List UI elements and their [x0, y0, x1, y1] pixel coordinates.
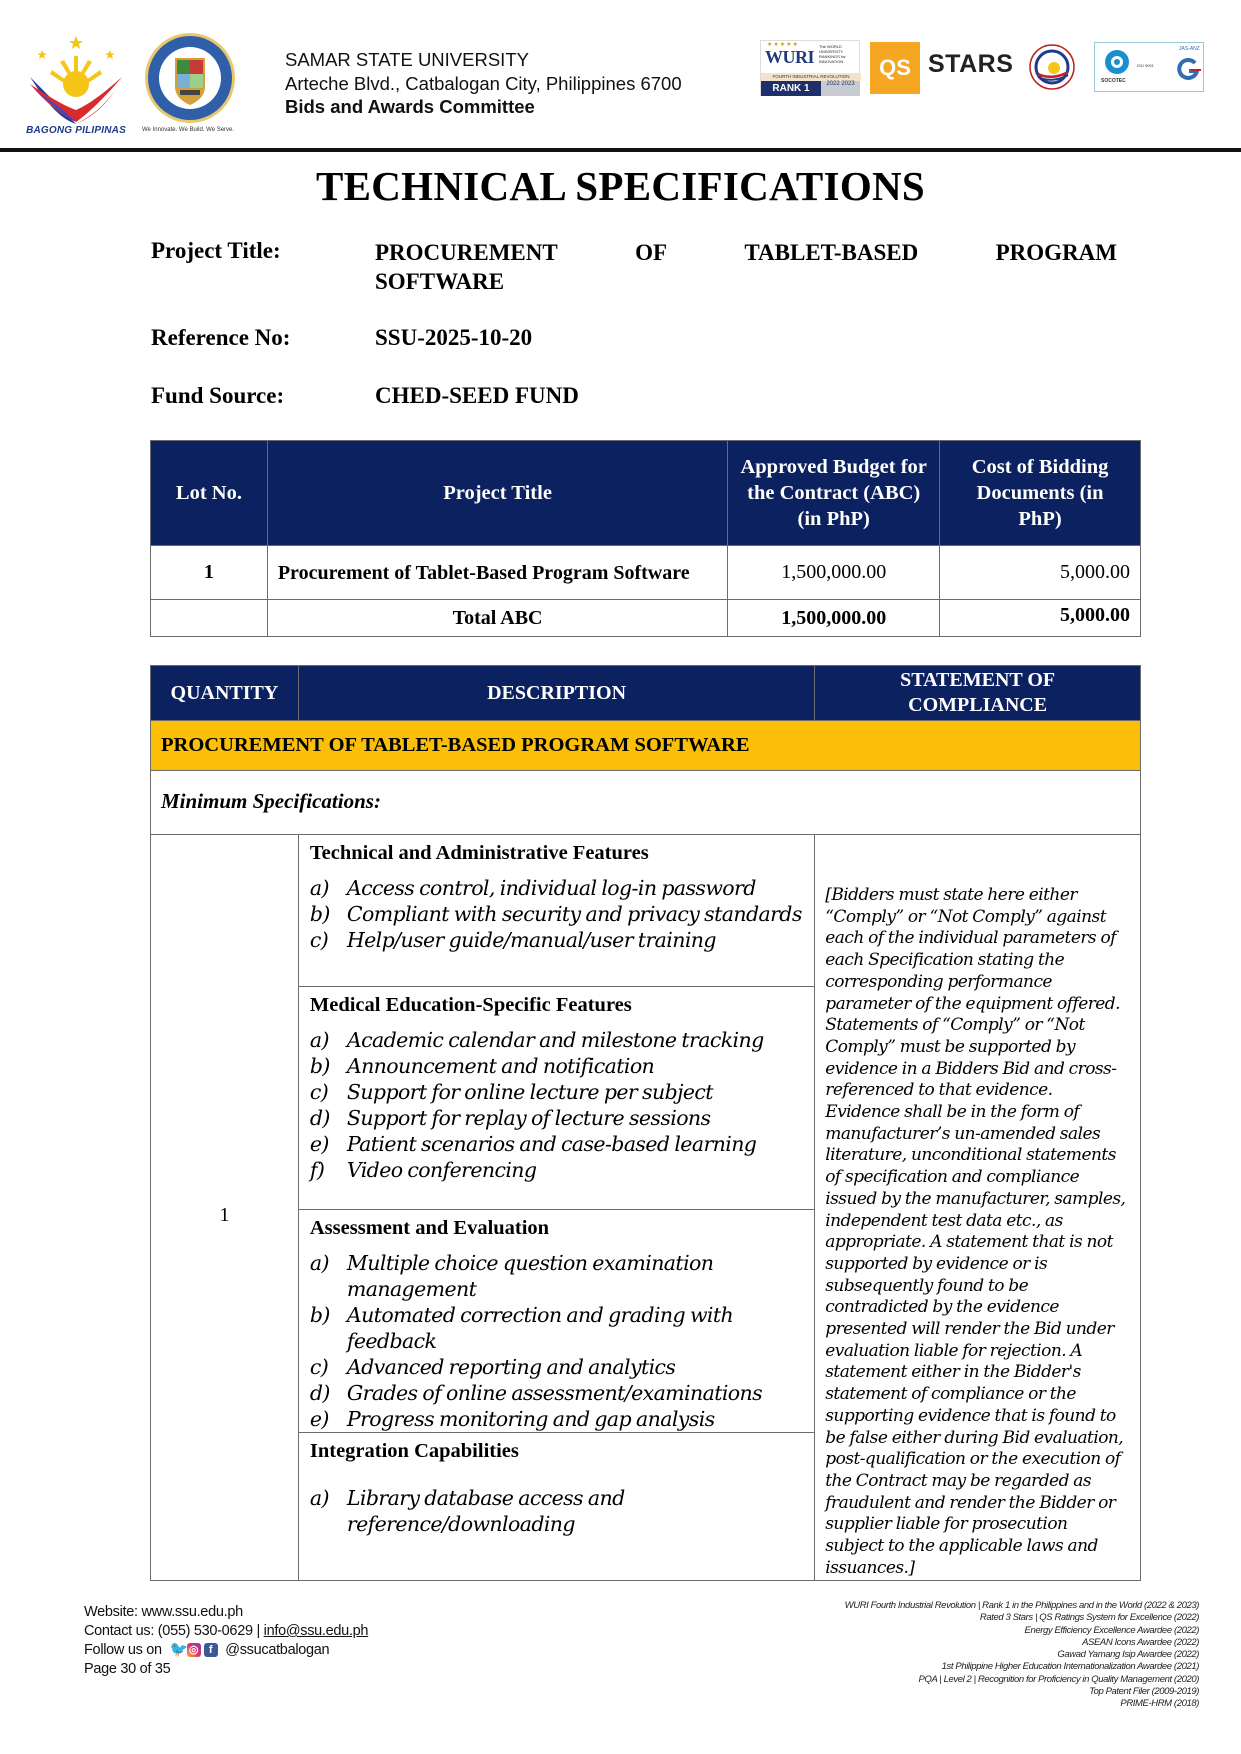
specifications-table: QUANTITY DESCRIPTION STATEMENT OF COMPLI… [150, 665, 1141, 1581]
university-address: Arteche Blvd., Catbalogan City, Philippi… [285, 72, 682, 96]
footer-email-link[interactable]: info@ssu.edu.ph [264, 1623, 369, 1639]
feature-item: e)Patient scenarios and case-based learn… [310, 1131, 804, 1157]
lot-project-title: Procurement of Tablet-Based Program Soft… [267, 546, 727, 600]
feature-item-marker: a) [310, 1485, 329, 1511]
project-title-label: Project Title: [151, 238, 281, 264]
feature-item-text: Help/user guide/manual/user training [347, 928, 716, 952]
university-name: SAMAR STATE UNIVERSITY [285, 48, 682, 72]
award-line: Gawad Yamang Isip Awardee (2022) [845, 1649, 1199, 1661]
follow-us-label: Follow us on [84, 1642, 162, 1658]
header-abc: Approved Budget for the Contract (ABC) (… [728, 441, 940, 546]
feature-item-marker: f) [310, 1157, 324, 1183]
feature-item: a)Library database access and reference/… [310, 1485, 804, 1537]
feature-item: d)Support for replay of lecture sessions [310, 1105, 804, 1131]
header-divider [0, 148, 1241, 152]
minimum-specs-label: Minimum Specifications: [151, 771, 1141, 835]
feature-list: a)Academic calendar and milestone tracki… [310, 1027, 804, 1183]
feature-item: c)Support for online lecture per subject [310, 1079, 804, 1105]
feature-item-marker: a) [310, 1027, 329, 1053]
twitter-icon[interactable]: 🐦 [170, 1643, 184, 1657]
project-title-word: PROCUREMENT [375, 238, 558, 267]
total-abc: 1,500,000.00 [728, 600, 940, 637]
project-title-word: OF [635, 238, 667, 267]
feature-list: a)Access control, individual log-in pass… [310, 875, 804, 953]
feature-item: b)Compliant with security and privacy st… [310, 901, 804, 927]
wuri-years: 2022 2023 [821, 81, 860, 96]
description-cell: Technical and Administrative Featuresa)A… [298, 835, 814, 1581]
fund-source-value: CHED-SEED FUND [375, 383, 579, 409]
feature-item: d)Grades of online assessment/examinatio… [310, 1380, 804, 1406]
social-icons: 🐦 ◎ f [170, 1643, 218, 1657]
footer-website[interactable]: Website: www.ssu.edu.ph [84, 1603, 368, 1622]
feature-item-text: Multiple choice question examination man… [347, 1251, 714, 1301]
feature-item: e)Progress monitoring and gap analysis [310, 1406, 804, 1432]
feature-list: a)Library database access and reference/… [310, 1485, 804, 1537]
award-line: Top Patent Filer (2009-2019) [845, 1686, 1199, 1698]
award-line: Energy Efficiency Excellence Awardee (20… [845, 1625, 1199, 1637]
feature-item-text: Library database access and reference/do… [347, 1486, 625, 1536]
qs-logo: QS [870, 42, 920, 94]
feature-item-text: Support for online lecture per subject [347, 1080, 713, 1104]
feature-group-title: Technical and Administrative Features [310, 841, 804, 865]
quantity-value: 1 [151, 835, 299, 1581]
footer-phone: Contact us: (055) 530-0629 | [84, 1623, 264, 1639]
footer-contact-line: Contact us: (055) 530-0629 | info@ssu.ed… [84, 1622, 368, 1641]
feature-item: f)Video conferencing [310, 1157, 804, 1183]
feature-item: b)Announcement and notification [310, 1053, 804, 1079]
bagong-pilipinas-caption: BAGONG PILIPINAS [20, 125, 132, 136]
feature-group: Assessment and Evaluationa)Multiple choi… [299, 1210, 814, 1433]
wuri-subtitle: The WORLD UNIVERSITY RANKINGS for INNOVA… [819, 44, 859, 64]
table-row: 1 Procurement of Tablet-Based Program So… [151, 546, 1141, 600]
feature-group: Technical and Administrative Featuresa)A… [299, 835, 814, 987]
project-title-line1: PROCUREMENTOFTABLET-BASEDPROGRAM [375, 238, 1117, 267]
page-number: Page 30 of 35 [84, 1660, 368, 1679]
wuri-badge: ★★★★★ WURI The WORLD UNIVERSITY RANKINGS… [760, 40, 860, 96]
letterhead: BAGONG PILIPINAS We Innovate. We Build. … [0, 0, 1241, 152]
reference-label: Reference No: [151, 325, 290, 351]
feature-item-text: Grades of online assessment/examinations [347, 1381, 762, 1405]
feature-item-text: Academic calendar and milestone tracking [347, 1028, 764, 1052]
feature-item-text: Compliant with security and privacy stan… [347, 902, 802, 926]
ssu-seal-logo: We Innovate. We Build. We Serve. [142, 32, 242, 140]
total-empty-cell [151, 600, 268, 637]
feature-item-marker: e) [310, 1406, 329, 1432]
document-title: TECHNICAL SPECIFICATIONS [0, 162, 1241, 210]
header-description: DESCRIPTION [298, 666, 814, 721]
feature-item-marker: e) [310, 1131, 329, 1157]
feature-group: Integration Capabilitiesa)Library databa… [299, 1433, 814, 1541]
award-line: PRIME-HRM (2018) [845, 1698, 1199, 1710]
feature-item-text: Video conferencing [347, 1158, 537, 1182]
office-name: Bids and Awards Committee [285, 95, 682, 119]
feature-item-marker: a) [310, 875, 329, 901]
feature-item-text: Announcement and notification [347, 1054, 654, 1078]
header-statement-of-compliance: STATEMENT OF COMPLIANCE [815, 666, 1141, 721]
ssu-tagline: We Innovate. We Build. We Serve. [142, 127, 252, 133]
feature-group-title: Assessment and Evaluation [310, 1216, 804, 1240]
footer-contact: Website: www.ssu.edu.ph Contact us: (055… [84, 1603, 368, 1679]
award-line: 1st Philippine Higher Education Internat… [845, 1661, 1199, 1673]
total-label: Total ABC [267, 600, 727, 637]
lot-bidding-cost: 5,000.00 [940, 546, 1141, 600]
feature-item-marker: c) [310, 1354, 328, 1380]
feature-item: c)Advanced reporting and analytics [310, 1354, 804, 1380]
bagong-pilipinas-logo: BAGONG PILIPINAS [20, 32, 132, 140]
project-title-word: TABLET-BASED [744, 238, 918, 267]
fund-source-label: Fund Source: [151, 383, 284, 409]
wuri-rank: RANK 1 [761, 81, 821, 96]
feature-item-text: Automated correction and grading with fe… [347, 1303, 733, 1353]
project-title-value: PROCUREMENTOFTABLET-BASEDPROGRAM SOFTWAR… [375, 238, 1117, 296]
header-bidding-cost: Cost of Bidding Documents (in PhP) [940, 441, 1141, 546]
feature-item: c)Help/user guide/manual/user training [310, 927, 804, 953]
feature-item-text: Access control, individual log-in passwo… [347, 876, 756, 900]
section-title: PROCUREMENT OF TABLET-BASED PROGRAM SOFT… [151, 721, 1141, 771]
total-row: Total ABC 1,500,000.00 5,000.00 [151, 600, 1141, 637]
feature-item: a)Academic calendar and milestone tracki… [310, 1027, 804, 1053]
feature-item-text: Advanced reporting and analytics [347, 1355, 675, 1379]
compliance-statement: [Bidders must state here either “Comply”… [815, 835, 1141, 1581]
footer-awards: WURI Fourth Industrial Revolution | Rank… [845, 1600, 1199, 1711]
feature-item-text: Support for replay of lecture sessions [347, 1106, 711, 1130]
facebook-icon[interactable]: f [204, 1643, 218, 1657]
lot-number: 1 [151, 546, 268, 600]
feature-group: Medical Education-Specific Featuresa)Aca… [299, 987, 814, 1210]
feature-item-marker: c) [310, 927, 328, 953]
socotec-label: SOCOTEC [1101, 78, 1126, 84]
award-line: ASEAN Icons Awardee (2022) [845, 1637, 1199, 1649]
iso-certification-badge: SOCOTEC ISO 9001 JAS-ANZ [1094, 42, 1204, 92]
header-quantity: QUANTITY [151, 666, 299, 721]
feature-item-marker: c) [310, 1079, 328, 1105]
jas-anz-label: JAS-ANZ [1179, 46, 1200, 52]
award-line: Rated 3 Stars | QS Ratings System for Ex… [845, 1612, 1199, 1624]
award-line: WURI Fourth Industrial Revolution | Rank… [845, 1600, 1199, 1612]
spec-item-row: 1 Technical and Administrative Featuresa… [151, 835, 1141, 1581]
feature-item-marker: b) [310, 1302, 330, 1328]
feature-item-marker: b) [310, 901, 330, 927]
feature-item-marker: d) [310, 1105, 330, 1131]
wuri-band: FOURTH INDUSTRIAL REVOLUTION [761, 73, 861, 81]
award-line: PQA | Level 2 | Recognition for Proficie… [845, 1674, 1199, 1686]
quality-seal-icon [1028, 38, 1076, 96]
section-title-row: PROCUREMENT OF TABLET-BASED PROGRAM SOFT… [151, 721, 1141, 771]
feature-item: b)Automated correction and grading with … [310, 1302, 804, 1354]
feature-item-marker: a) [310, 1250, 329, 1276]
project-title-line2: SOFTWARE [375, 267, 1117, 296]
social-handle: @ssucatbalogan [225, 1642, 329, 1658]
university-info: SAMAR STATE UNIVERSITY Arteche Blvd., Ca… [285, 48, 682, 119]
project-title-word: PROGRAM [996, 238, 1117, 267]
header-lot-no: Lot No. [151, 441, 268, 546]
instagram-icon[interactable]: ◎ [187, 1643, 201, 1657]
feature-group-title: Medical Education-Specific Features [310, 993, 804, 1017]
feature-group-title: Integration Capabilities [310, 1439, 804, 1463]
header-project-title: Project Title [267, 441, 727, 546]
feature-item: a)Access control, individual log-in pass… [310, 875, 804, 901]
budget-table: Lot No. Project Title Approved Budget fo… [150, 440, 1141, 637]
minimum-specs-row: Minimum Specifications: [151, 771, 1141, 835]
iso-standard-label: ISO 9001 [1137, 63, 1154, 68]
feature-item-marker: d) [310, 1380, 330, 1406]
footer-social-line: Follow us on 🐦 ◎ f @ssucatbalogan [84, 1641, 368, 1660]
reference-value: SSU-2025-10-20 [375, 325, 532, 351]
total-bidding-cost: 5,000.00 [940, 600, 1141, 637]
feature-item-text: Progress monitoring and gap analysis [347, 1407, 715, 1431]
wuri-logo: WURI [765, 47, 814, 68]
feature-item-text: Patient scenarios and case-based learnin… [347, 1132, 756, 1156]
feature-item: a)Multiple choice question examination m… [310, 1250, 804, 1302]
feature-list: a)Multiple choice question examination m… [310, 1250, 804, 1432]
qs-stars-text: STARS [928, 50, 1013, 79]
lot-abc: 1,500,000.00 [728, 546, 940, 600]
feature-item-marker: b) [310, 1053, 330, 1079]
